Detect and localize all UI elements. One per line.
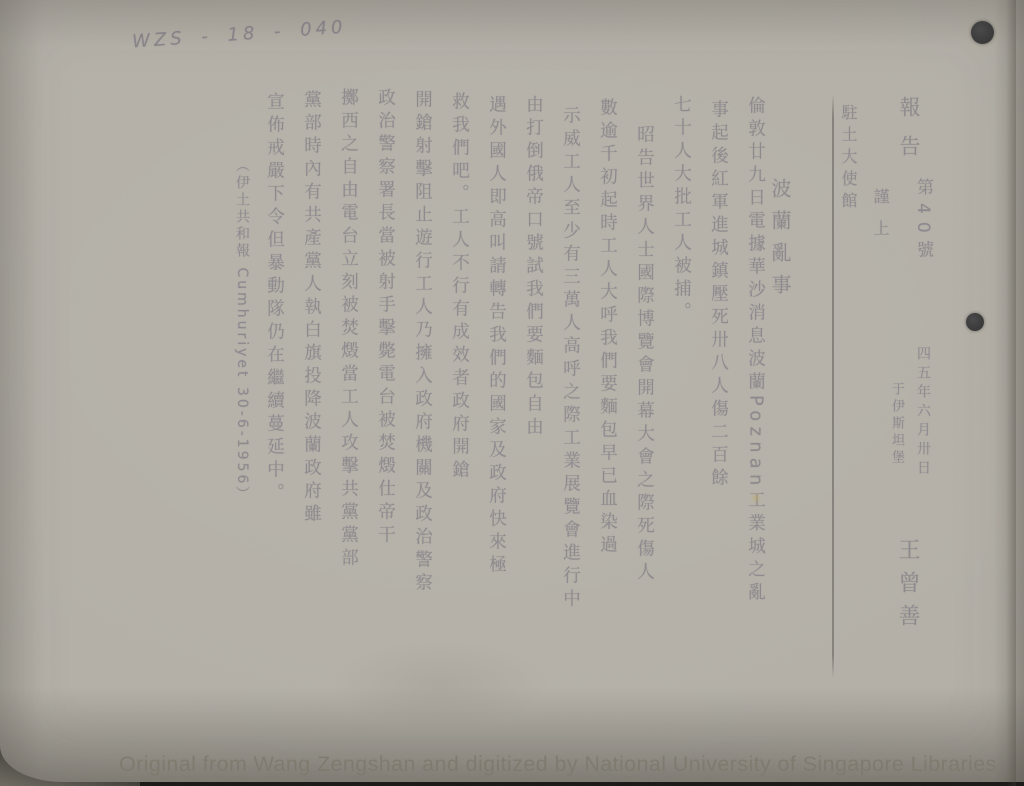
paper-shading [330, 640, 550, 730]
manuscript-column: 政治警察署長當被射手擊斃電台被焚燬仕帝干 [376, 88, 394, 548]
manuscript-column: 黨部時內有共產黨人執白旗投降波蘭政府雖 [302, 90, 320, 527]
vertical-rule-line [832, 94, 834, 678]
newspaper-citation: （伊土共和報 Cumhuriyet 30-6-1956） [235, 158, 249, 503]
signature: 王曾善 [896, 538, 918, 637]
manuscript-column: 開鎗射擊阻止遊行工人乃擁入政府機關及政治警察 [413, 90, 431, 596]
report-title: 報告 [898, 96, 919, 174]
manuscript-column: 遇外國人即高叫請轉告我們的國家及政府快來極 [487, 95, 505, 578]
report-place: 于伊斯坦堡 [890, 382, 903, 467]
manuscript-column: 事起後紅軍進城鎮壓死卅八人傷二百餘 [709, 100, 727, 491]
respectful-closing: 謹上 [872, 188, 888, 252]
report-date: 四五年六月卅日 [916, 346, 930, 479]
scanned-document-page: WZS - 18 - 040 報告 第40號 謹上 駐土大使館 四五年六月卅日 … [0, 0, 1024, 786]
manuscript-column: 由打倒俄帝口號試我們要麵包自由 [524, 95, 542, 440]
manuscript-column: 救我們吧。工人不行有成效者政府開鎗 [450, 92, 468, 483]
punch-hole-dot-middle [966, 313, 984, 331]
paper-stain [750, 492, 762, 504]
right-edge-crease [1006, 0, 1016, 786]
manuscript-column: 示威工人至少有三萬人高呼之際工業展覽會進行中 [561, 106, 579, 612]
punch-hole-dot-top [971, 21, 994, 44]
report-number: 第40號 [914, 178, 931, 266]
manuscript-column: 數逾千初起時工人大呼我們要麵包早已血染過 [598, 98, 616, 558]
manuscript-column: 倫敦廿九日電據華沙消息波蘭Poznan工業城之亂 [746, 96, 764, 606]
manuscript-column: 昭告世界人士國際博覽會開幕大會之際死傷人 [635, 125, 653, 585]
manuscript-column: 擲西之自由電台立刻被焚燬當工人攻擊共黨黨部 [339, 88, 357, 571]
digitization-watermark: Original from Wang Zengshan and digitize… [119, 752, 997, 777]
issuing-office: 駐土大使館 [840, 104, 856, 214]
body-title: 波蘭亂事 [770, 178, 790, 306]
manuscript-column: 宣佈戒嚴下令但暴動隊仍在繼續蔓延中。 [265, 92, 283, 506]
manuscript-column: 七十人大批工人被捕。 [672, 95, 690, 325]
